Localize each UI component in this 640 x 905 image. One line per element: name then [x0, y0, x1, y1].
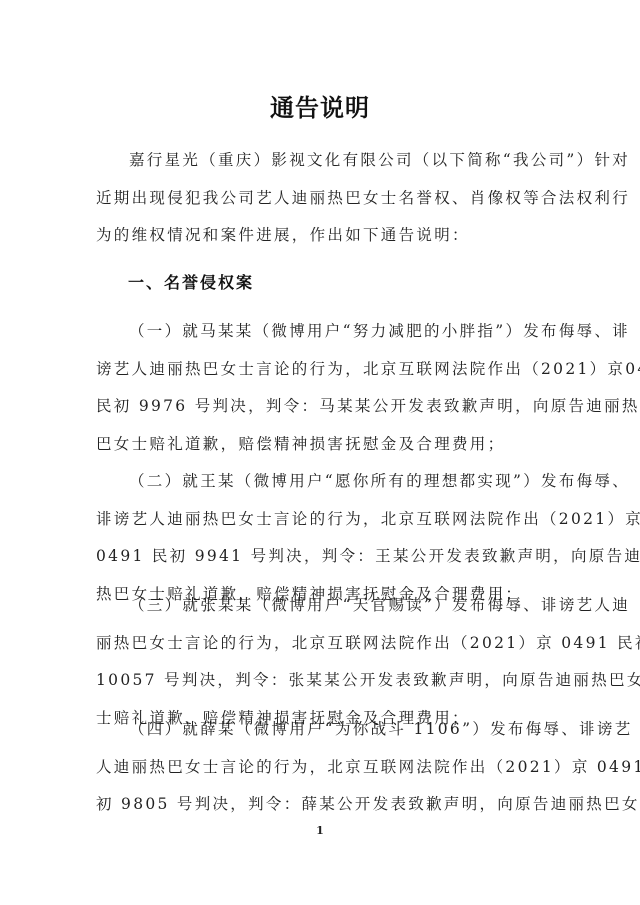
page-number: 1: [0, 824, 640, 837]
case-line: 丽热巴女士言论的行为，北京互联网法院作出（2021）京 0491 民初: [96, 625, 548, 663]
case-line: （一）就马某某（微博用户“努力减肥的小胖指”）发布侮辱、诽: [96, 313, 548, 351]
document-page: 通告说明 嘉行星光（重庆）影视文化有限公司（以下简称“我公司”）针对 近期出现侵…: [0, 0, 640, 905]
case-line: 0491 民初 9941 号判决，判令：王某公开发表致歉声明，向原告迪丽: [96, 538, 548, 576]
intro-line: 近期出现侵犯我公司艺人迪丽热巴女士名誉权、肖像权等合法权利行: [96, 180, 548, 218]
intro-line: 嘉行星光（重庆）影视文化有限公司（以下简称“我公司”）针对: [96, 142, 548, 180]
case-paragraph-4: （四）就薛某（微博用户“为你战斗 1106”）发布侮辱、诽谤艺 人迪丽热巴女士言…: [96, 711, 548, 824]
intro-line: 为的维权情况和案件进展，作出如下通告说明：: [96, 217, 548, 255]
section-heading: 一、名誉侵权案: [128, 268, 254, 298]
case-line: 10057 号判决，判令：张某某公开发表致歉声明，向原告迪丽热巴女: [96, 662, 548, 700]
case-line: 诽谤艺人迪丽热巴女士言论的行为，北京互联网法院作出（2021）京: [96, 501, 548, 539]
case-line: 初 9805 号判决，判令：薛某公开发表致歉声明，向原告迪丽热巴女: [96, 786, 548, 824]
document-title: 通告说明: [0, 93, 640, 123]
case-line: （三）就张某某（微博用户“天官赐读”）发布侮辱、诽谤艺人迪: [96, 587, 548, 625]
case-line: 谤艺人迪丽热巴女士言论的行为，北京互联网法院作出（2021）京0491: [96, 351, 548, 389]
case-line: （二）就王某（微博用户“愿你所有的理想都实现”）发布侮辱、: [96, 463, 548, 501]
case-paragraph-1: （一）就马某某（微博用户“努力减肥的小胖指”）发布侮辱、诽 谤艺人迪丽热巴女士言…: [96, 313, 548, 463]
case-line: 巴女士赔礼道歉，赔偿精神损害抚慰金及合理费用；: [96, 426, 548, 464]
case-line: 民初 9976 号判决，判令：马某某公开发表致歉声明，向原告迪丽热: [96, 388, 548, 426]
intro-paragraph: 嘉行星光（重庆）影视文化有限公司（以下简称“我公司”）针对 近期出现侵犯我公司艺…: [96, 142, 548, 255]
case-line: 人迪丽热巴女士言论的行为，北京互联网法院作出（2021）京 0491 民: [96, 749, 548, 787]
case-line: （四）就薛某（微博用户“为你战斗 1106”）发布侮辱、诽谤艺: [96, 711, 548, 749]
